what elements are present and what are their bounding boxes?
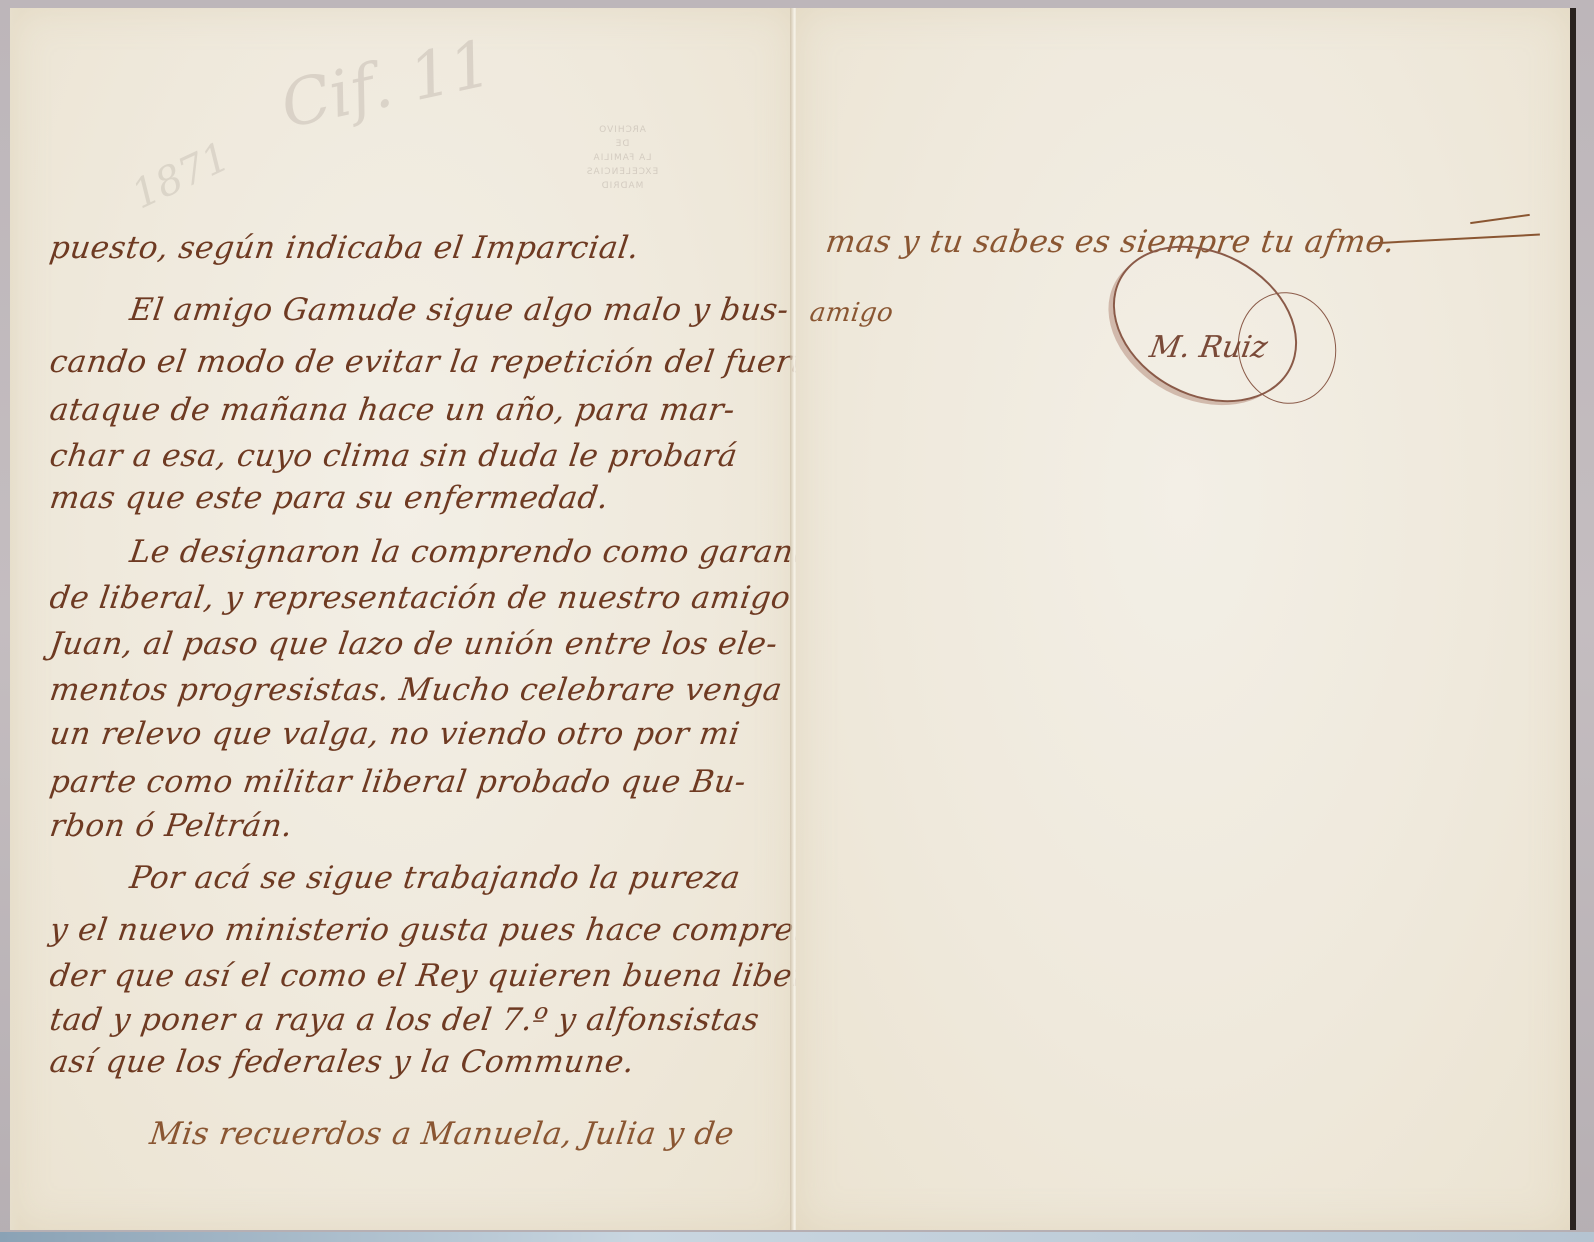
letter-line: tad y poner a raya a los del 7.º y alfon… [47,1002,761,1038]
emboss-line: LA FAMILIA [593,153,652,163]
letter-line: char a esa, cuyo clima sin duda le proba… [47,438,739,474]
embossed-stamp: ARCHIVO DE LA FAMILIA EXCELENCIAS MADRID [562,108,682,208]
signature: M. Ruiz [1147,330,1270,365]
pencil-annotation: Cif. 11 [275,27,499,144]
letter-line: cando el modo de evitar la repetición de… [47,344,825,380]
emboss-line: MADRID [601,181,644,191]
letter-closing: amigo [808,298,895,328]
letter-line: rbon ó Peltrán. [47,808,295,844]
letter-line: El amigo Gamude sigue algo malo y bus- [127,292,791,328]
letter-line: ataque de mañana hace un año, para mar- [47,392,737,428]
letter-line: Le designaron la comprendo como garantía [127,534,838,570]
letter-line: de liberal, y representación de nuestro … [47,580,858,616]
letter-line: mentos progresistas. Mucho celebrare ven… [47,672,784,708]
letter-line: mas que este para su enfermedad. [47,480,611,516]
letter-line: der que así el como el Rey quieren buena… [47,958,821,994]
letter-line: un relevo que valga, no viendo otro por … [47,716,742,752]
letter-line: así que los federales y la Commune. [47,1044,636,1080]
emboss-line: DE [615,139,630,149]
letter-line: mas y tu sabes es siempre tu afmo. [823,224,1397,260]
letter-line: parte como militar liberal probado que B… [47,764,748,800]
emboss-line: ARCHIVO [598,125,646,135]
letter-line: puesto, según indicaba el Imparcial. [47,230,641,266]
letter-line: Mis recuerdos a Manuela, Julia y de [147,1116,736,1152]
scanner-bottom-edge [0,1232,1594,1242]
letter-line: Juan, al paso que lazo de unión entre lo… [47,626,779,662]
left-page: Cif. 11 1871 ARCHIVO DE LA FAMILIA EXCEL… [10,8,796,1230]
emboss-line: EXCELENCIAS [586,167,658,177]
letter-line: Por acá se sigue trabajando la pureza [127,860,742,896]
right-page: mas y tu sabes es siempre tu afmo. amigo [796,8,1570,1230]
pencil-date-annotation: 1871 [125,134,237,219]
letter-line: y el nuevo ministerio gusta pues hace co… [47,912,827,948]
